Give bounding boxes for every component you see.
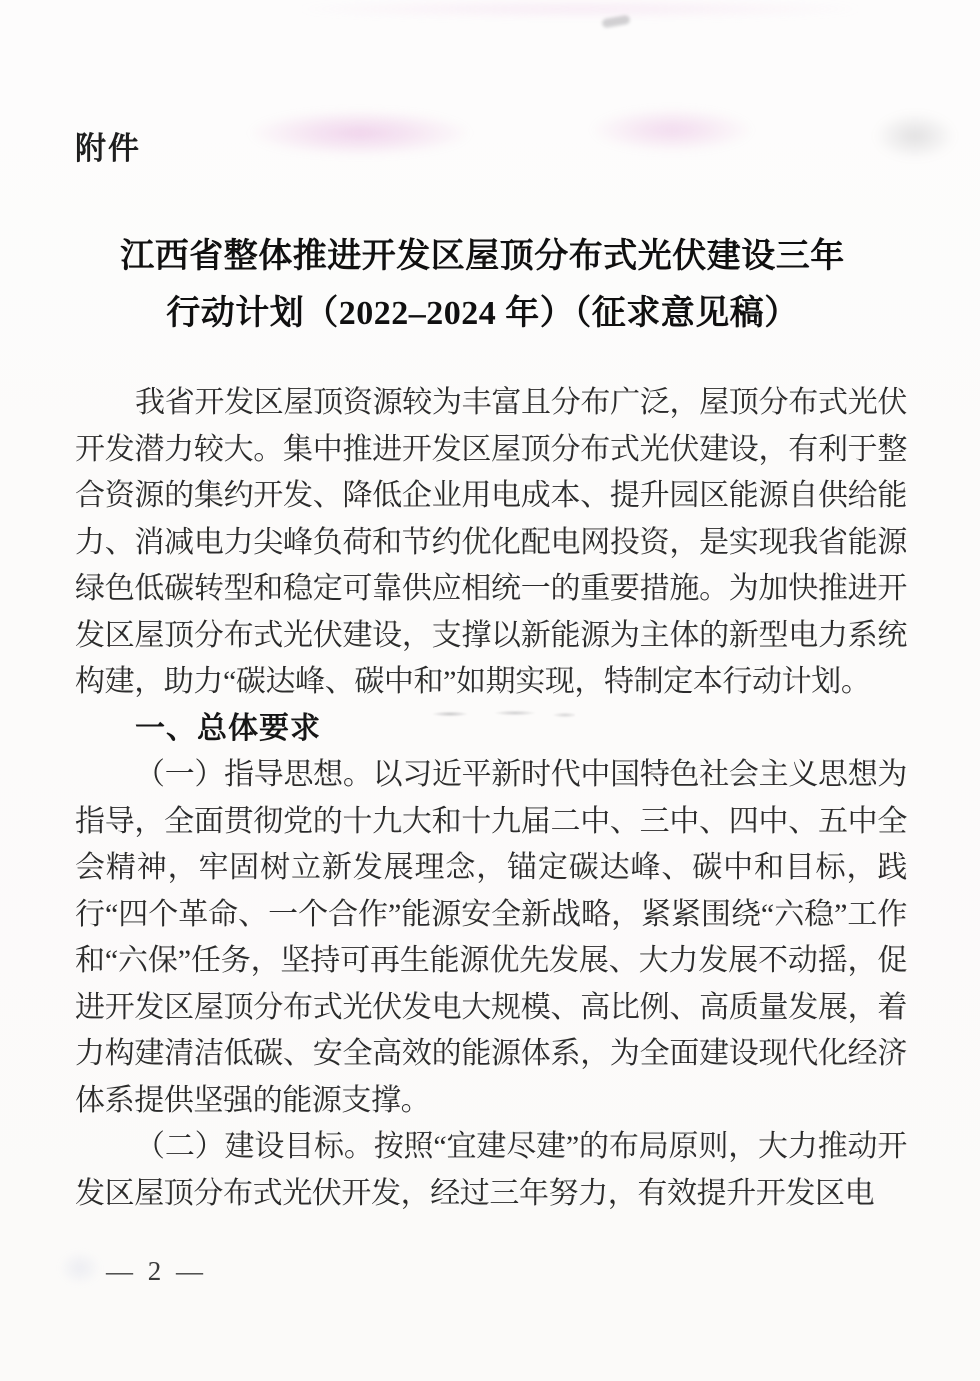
scan-smudge-gray-tick	[601, 15, 630, 29]
page-number-footer: — 2 —	[106, 1256, 207, 1287]
document-body: 我省开发区屋顶资源较为丰富且分布广泛，屋顶分布式光伏开发潜力较大。集中推进开发区…	[75, 380, 907, 1217]
scanned-document-page: 附件 江西省整体推进开发区屋顶分布式光伏建设三年 行动计划（2022–2024 …	[0, 0, 980, 1381]
scan-smudge-footer-blue	[58, 1250, 102, 1286]
scan-smudge-pink-top-band	[300, 0, 860, 18]
scan-smudge-gray-right-edge	[874, 112, 956, 160]
attachment-label: 附件	[75, 123, 141, 168]
title-line-2: 行动计划（2022–2024 年）（征求意见稿）	[60, 285, 905, 342]
document-title: 江西省整体推进开发区屋顶分布式光伏建设三年 行动计划（2022–2024 年）（…	[60, 228, 905, 342]
body-paragraph-construction-goals: （二）建设目标。按照“宜建尽建”的布局原则，大力推动开发区屋顶分布式光伏开发，经…	[75, 1124, 907, 1217]
body-paragraph-guiding-ideology: （一）指导思想。以习近平新时代中国特色社会主义思想为指导，全面贯彻党的十九大和十…	[75, 752, 907, 1124]
scan-smudge-pink-right	[592, 108, 752, 152]
scan-smudge-pink-left	[250, 110, 470, 156]
body-paragraph-intro: 我省开发区屋顶资源较为丰富且分布广泛，屋顶分布式光伏开发潜力较大。集中推进开发区…	[75, 380, 907, 706]
section-heading-overall-requirements: 一、总体要求	[75, 706, 907, 753]
title-line-1: 江西省整体推进开发区屋顶分布式光伏建设三年	[60, 228, 905, 285]
